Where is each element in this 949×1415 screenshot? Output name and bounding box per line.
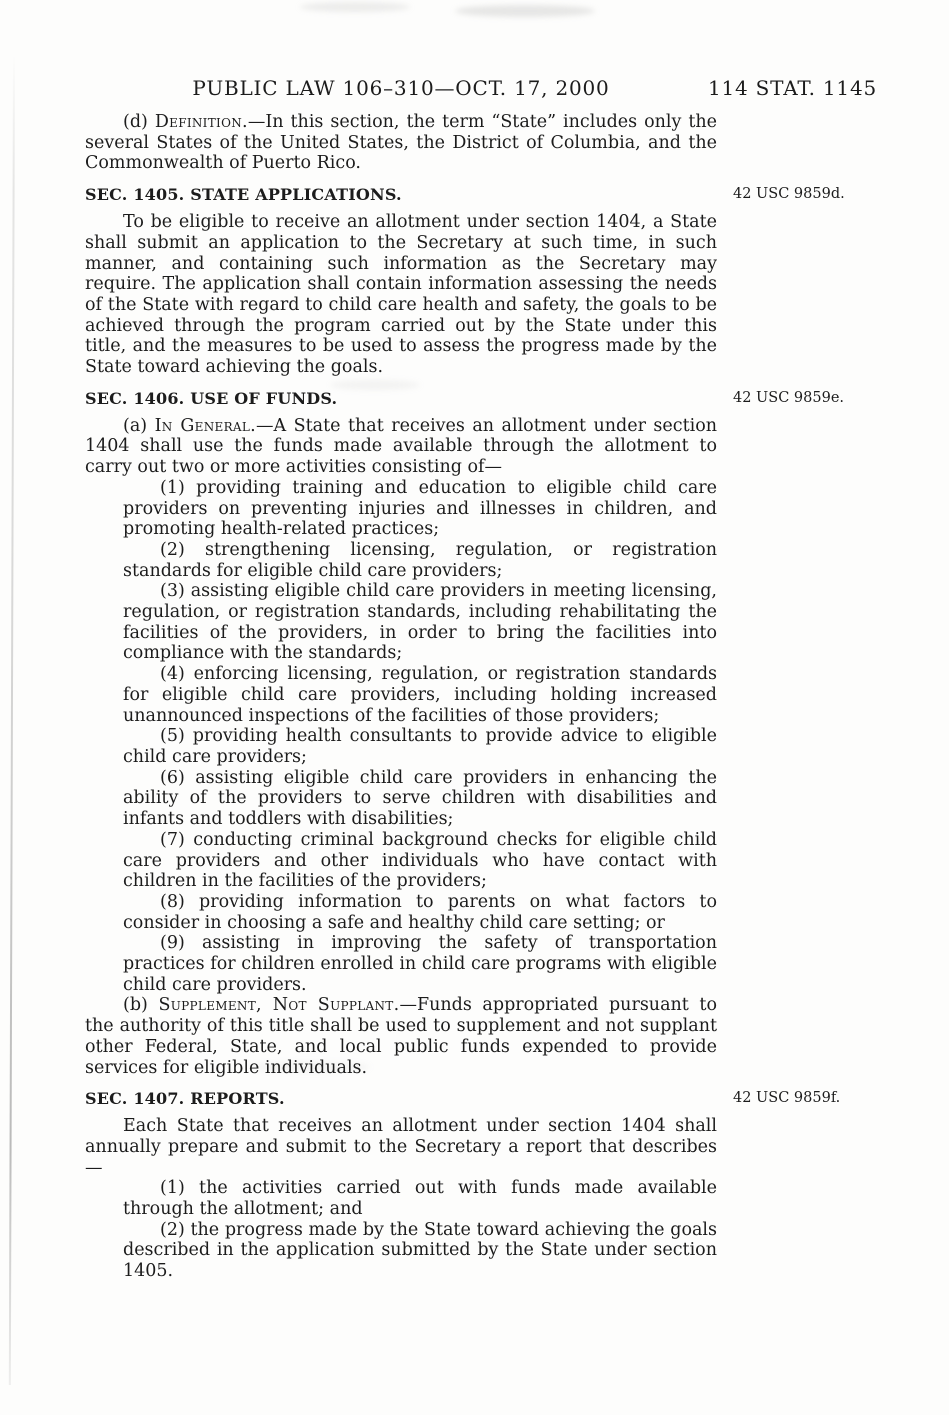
numbered-clause: (7) conducting criminal background check… [123,830,717,892]
text-run: (9) assisting in improving the safety of… [123,933,717,994]
text-run: (8) providing information to parents on … [123,892,717,933]
small-caps-term: Definition. [155,112,248,132]
small-caps-term: Supplement, Not Supplant. [158,995,399,1015]
numbered-clause: (9) assisting in improving the safety of… [123,933,717,995]
text-run: (1) providing training and education to … [123,478,717,539]
paragraph: (b) Supplement, Not Supplant.—Funds appr… [85,995,717,1078]
text-run: (2) the progress made by the State towar… [123,1220,717,1281]
page-header: PUBLIC LAW 106–310—OCT. 17, 2000 114 STA… [85,76,877,100]
section-row: SEC. 1405. STATE APPLICATIONS.42 USC 985… [85,185,717,204]
section-heading: SEC. 1407. REPORTS. [85,1089,717,1108]
text-run: Each State that receives an allotment un… [85,1116,717,1177]
scanned-law-page: PUBLIC LAW 106–310—OCT. 17, 2000 114 STA… [0,0,949,1415]
text-run: (3) assisting eligible child care provid… [123,581,717,663]
numbered-clause: (8) providing information to parents on … [123,892,717,933]
usc-citation-margin-note: 42 USC 9859d. [733,186,923,202]
small-caps-term: In General. [155,416,256,436]
section-heading: SEC. 1406. USE OF FUNDS. [85,389,717,408]
numbered-clause: (3) assisting eligible child care provid… [123,581,717,664]
paragraph: (d) Definition.—In this section, the ter… [85,112,717,174]
numbered-clause: (6) assisting eligible child care provid… [123,768,717,830]
law-title: PUBLIC LAW 106–310—OCT. 17, 2000 [85,76,717,100]
statute-page-number: 114 STAT. 1145 [708,76,877,100]
numbered-clause: (2) the progress made by the State towar… [123,1220,717,1282]
numbered-clause: (4) enforcing licensing, regulation, or … [123,664,717,726]
text-run: (7) conducting criminal background check… [123,830,717,891]
text-run: (6) assisting eligible child care provid… [123,768,717,829]
text-run: (2) strengthening licensing, regulation,… [123,540,717,581]
section-row: SEC. 1407. REPORTS.42 USC 9859f. [85,1089,717,1108]
numbered-clause: (1) providing training and education to … [123,478,717,540]
text-run: To be eligible to receive an allotment u… [85,212,717,377]
usc-citation-margin-note: 42 USC 9859f. [733,1090,923,1106]
text-run: (4) enforcing licensing, regulation, or … [123,664,717,725]
section-heading: SEC. 1405. STATE APPLICATIONS. [85,185,717,204]
text-run: (1) the activities carried out with fund… [123,1178,717,1219]
numbered-clause: (1) the activities carried out with fund… [123,1178,717,1219]
numbered-clause: (2) strengthening licensing, regulation,… [123,540,717,581]
section-row: SEC. 1406. USE OF FUNDS.42 USC 9859e. [85,389,717,408]
text-run: (d) [123,112,155,132]
text-run: (b) [123,995,158,1015]
scan-smudge [300,2,410,12]
scan-smudge [455,5,595,17]
text-run: (a) [123,416,155,436]
scan-gutter-shadow [9,55,15,1385]
paragraph: To be eligible to receive an allotment u… [85,212,717,378]
numbered-clause: (5) providing health consultants to prov… [123,726,717,767]
usc-citation-margin-note: 42 USC 9859e. [733,390,923,406]
paragraph: (a) In General.—A State that receives an… [85,416,717,478]
paragraph: Each State that receives an allotment un… [85,1116,717,1178]
document-body: (d) Definition.—In this section, the ter… [85,112,717,1282]
text-run: (5) providing health consultants to prov… [123,726,717,767]
